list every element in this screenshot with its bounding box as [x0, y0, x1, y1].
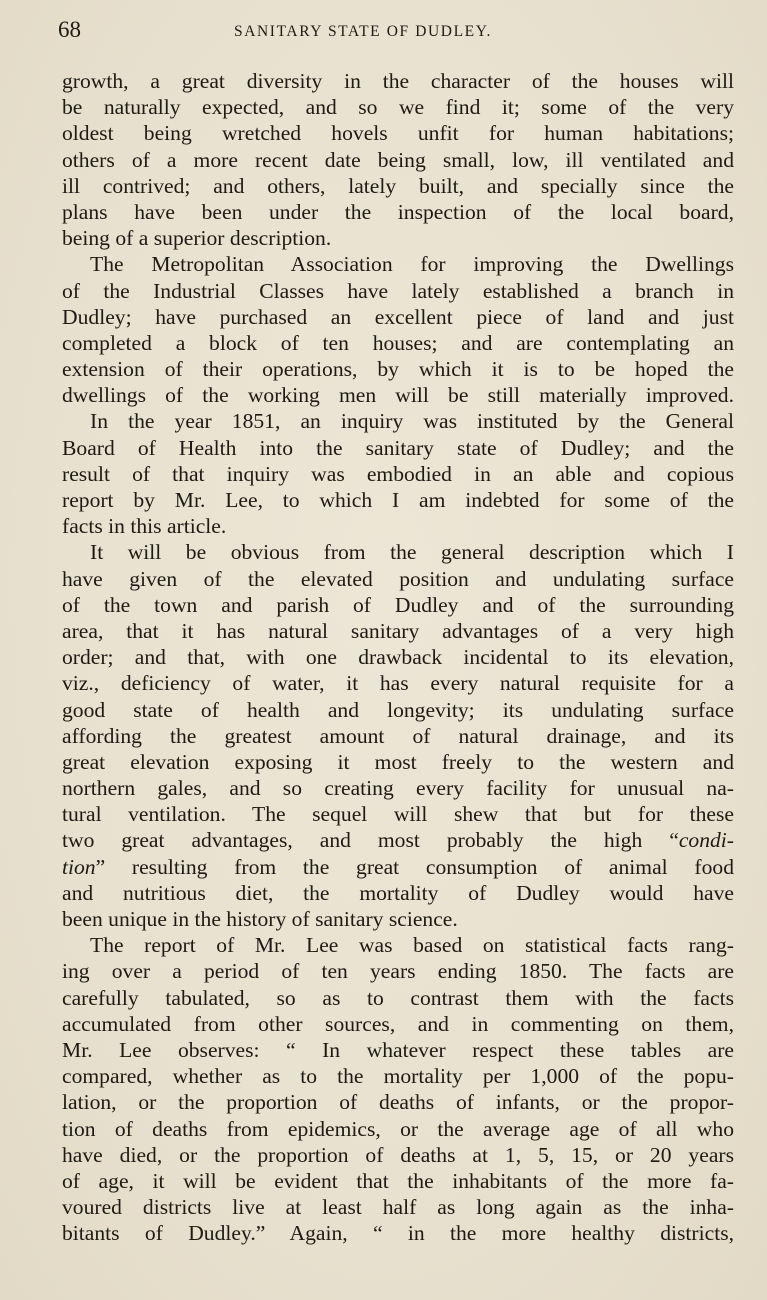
text-line: area, that it has natural sanitary advan… — [62, 618, 734, 644]
text-line-with-italic: two great advantages, and most probably … — [62, 827, 734, 853]
text-line: carefully tabulated, so as to contrast t… — [62, 985, 734, 1011]
text-line: completed a block of ten houses; and are… — [62, 330, 734, 356]
text-line: have given of the elevated position and … — [62, 566, 734, 592]
text-line: of the town and parish of Dudley and of … — [62, 592, 734, 618]
text-line: others of a more recent date being small… — [62, 147, 734, 173]
running-title: SANITARY STATE OF DUDLEY. — [234, 22, 492, 42]
text-fragment: two great advantages, and most probably … — [62, 828, 679, 852]
text-line: be naturally expected, and so we find it… — [62, 94, 734, 120]
text-line: Mr. Lee observes: “ In whatever respect … — [62, 1037, 734, 1063]
text-line: affording the greatest amount of natural… — [62, 723, 734, 749]
text-line: been unique in the history of sanitary s… — [62, 906, 734, 932]
text-line: good state of health and longevity; its … — [62, 697, 734, 723]
running-head: 68 SANITARY STATE OF DUDLEY. — [58, 16, 734, 46]
text-line: compared, whether as to the mortality pe… — [62, 1063, 734, 1089]
text-line: facts in this article. — [62, 513, 734, 539]
text-line: great elevation exposing it most freely … — [62, 749, 734, 775]
text-line: northern gales, and so creating every fa… — [62, 775, 734, 801]
text-line: ing over a period of ten years ending 18… — [62, 958, 734, 984]
text-line: lation, or the proportion of deaths of i… — [62, 1089, 734, 1115]
text-line: tural ventilation. The sequel will shew … — [62, 801, 734, 827]
text-line: report by Mr. Lee, to which I am indebte… — [62, 487, 734, 513]
text-line: plans have been under the inspection of … — [62, 199, 734, 225]
text-line: accumulated from other sources, and in c… — [62, 1011, 734, 1037]
paragraph-5: The report of Mr. Lee was based on stati… — [62, 932, 734, 1246]
text-line: growth, a great diversity in the charact… — [62, 68, 734, 94]
text-line: oldest being wretched hovels unfit for h… — [62, 120, 734, 146]
text-line: The report of Mr. Lee was based on stati… — [62, 932, 734, 958]
paragraph-4: It will be obvious from the general desc… — [62, 539, 734, 932]
text-line: bitants of Dudley.” Again, “ in the more… — [62, 1220, 734, 1246]
text-line: being of a superior description. — [62, 225, 734, 251]
page-number: 68 — [58, 16, 81, 44]
text-line: and nutritious diet, the mortality of Du… — [62, 880, 734, 906]
italic-fragment: condi- — [679, 828, 734, 852]
paragraph-3: In the year 1851, an inquiry was institu… — [62, 408, 734, 539]
text-line: result of that inquiry was embodied in a… — [62, 461, 734, 487]
text-line: dwellings of the working men will be sti… — [62, 382, 734, 408]
book-page: 68 SANITARY STATE OF DUDLEY. growth, a g… — [0, 0, 767, 1300]
text-line: Dudley; have purchased an excellent piec… — [62, 304, 734, 330]
paragraph-2: The Metropolitan Association for improvi… — [62, 251, 734, 408]
text-fragment: ” resulting from the great consumption o… — [96, 855, 734, 879]
text-line: Board of Health into the sanitary state … — [62, 435, 734, 461]
text-line: voured districts live at least half as l… — [62, 1194, 734, 1220]
text-line: The Metropolitan Association for improvi… — [62, 251, 734, 277]
paragraph-1: growth, a great diversity in the charact… — [62, 68, 734, 251]
text-line: have died, or the proportion of deaths a… — [62, 1142, 734, 1168]
text-line-with-italic: tion” resulting from the great consumpti… — [62, 854, 734, 880]
text-line: extension of their operations, by which … — [62, 356, 734, 382]
text-line: of age, it will be evident that the inha… — [62, 1168, 734, 1194]
text-line: tion of deaths from epidemics, or the av… — [62, 1116, 734, 1142]
italic-fragment: tion — [62, 855, 96, 879]
text-line: viz., deficiency of water, it has every … — [62, 670, 734, 696]
text-line: order; and that, with one drawback incid… — [62, 644, 734, 670]
body-text: growth, a great diversity in the charact… — [62, 68, 734, 1246]
text-line: ill contrived; and others, lately built,… — [62, 173, 734, 199]
text-line: of the Industrial Classes have lately es… — [62, 278, 734, 304]
text-line: In the year 1851, an inquiry was institu… — [62, 408, 734, 434]
text-line: It will be obvious from the general desc… — [62, 539, 734, 565]
